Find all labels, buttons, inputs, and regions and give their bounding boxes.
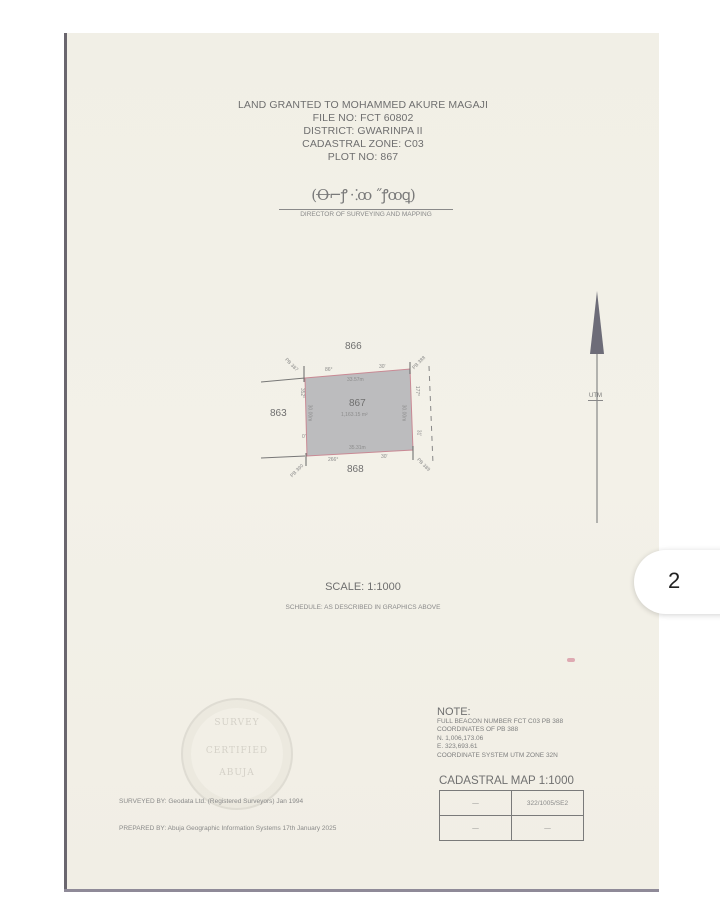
page-number-badge[interactable]: 2: [634, 550, 720, 614]
prepared-by: PREPARED BY: Abuja Geographic Informatio…: [119, 825, 336, 832]
table-cell: —: [440, 791, 512, 816]
bearing-west-bottom: 0': [302, 434, 306, 440]
document-page: LAND GRANTED TO MOHAMMED AKURE MAGAJI FI…: [64, 33, 659, 889]
table-cell: 322/1005/SE2: [512, 791, 584, 816]
stamp-line: SURVEY: [183, 718, 291, 728]
east-edge-length: 30.00m: [400, 405, 406, 422]
cadastral-map-title: CADASTRAL MAP 1:1000: [439, 775, 574, 787]
bearing-west-top: 352°: [299, 388, 305, 398]
plot-area: 1,163.15 m²: [341, 412, 368, 418]
table-cell: —: [440, 816, 512, 841]
note-line: COORDINATES OF PB 388: [437, 726, 563, 734]
bearing-east-top: 177°: [414, 386, 420, 396]
utm-label: UTM: [588, 393, 603, 401]
stamp-line: CERTIFIED: [183, 746, 291, 756]
page-number: 2: [668, 568, 680, 594]
note-line: E. 323,693.61: [437, 743, 563, 751]
cadastral-zone: CADASTRAL ZONE: C03: [67, 138, 659, 150]
table-row: — 322/1005/SE2: [440, 791, 584, 816]
plot-number-label: 867: [349, 398, 366, 409]
note-block: NOTE: FULL BEACON NUMBER FCT C03 PB 388 …: [437, 706, 563, 760]
neighbor-plot-north: 866: [345, 341, 362, 352]
note-line: FULL BEACON NUMBER FCT C03 PB 388: [437, 718, 563, 726]
neighbor-plot-south: 868: [347, 464, 364, 475]
signature-line: [279, 209, 453, 210]
surveyed-by: SURVEYED BY: Geodata Ltd. (Registered Su…: [119, 798, 303, 805]
cadastral-map-table: — 322/1005/SE2 — —: [439, 790, 584, 841]
north-arrow-icon: [587, 291, 607, 523]
grantee-line: LAND GRANTED TO MOHAMMED AKURE MAGAJI: [67, 99, 659, 111]
south-edge-length: 35.31m: [349, 445, 366, 451]
stamp-line: ABUJA: [183, 768, 291, 778]
bearing-north-left: 86°: [325, 367, 333, 373]
schedule-label: SCHEDULE: AS DESCRIBED IN GRAPHICS ABOVE: [67, 604, 659, 611]
site-plan: 866 863 868 867 1,163.15 m² 86° 30' 33.5…: [257, 338, 447, 488]
neighbor-plot-west: 863: [270, 408, 287, 419]
note-line: N. 1,006,173.06: [437, 735, 563, 743]
director-signature: (Ꝋ⌐ꝭ ⁖ꝏ ˝ꝭꝏꝗ): [293, 185, 433, 207]
official-stamp: SURVEY CERTIFIED ABUJA: [181, 698, 293, 810]
table-row: — —: [440, 816, 584, 841]
bearing-south-left: 266°: [328, 457, 338, 463]
ink-mark: [567, 658, 575, 662]
bearing-north-right: 30': [379, 364, 386, 370]
scale-label: SCALE: 1:1000: [67, 581, 659, 593]
note-title: NOTE:: [437, 706, 563, 718]
bearing-south-right: 30': [381, 454, 388, 460]
plot-number: PLOT NO: 867: [67, 151, 659, 163]
file-number: FILE NO: FCT 60802: [67, 112, 659, 124]
signature-caption: DIRECTOR OF SURVEYING AND MAPPING: [279, 211, 453, 218]
note-line: COORDINATE SYSTEM UTM ZONE 32N: [437, 752, 563, 760]
north-edge-length: 33.57m: [347, 377, 364, 383]
bearing-east-bottom: 31': [415, 430, 421, 437]
district: DISTRICT: GWARINPA II: [67, 125, 659, 137]
west-edge-length: 30.00m: [306, 405, 312, 422]
table-cell: —: [512, 816, 584, 841]
